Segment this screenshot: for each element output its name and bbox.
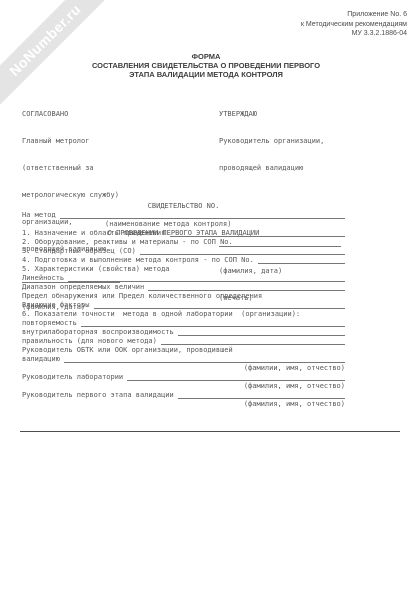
form-line-influencing-factors: Влияющие факторы	[22, 301, 345, 310]
agreed-line: (ответственный за	[22, 164, 182, 173]
blank-line	[60, 211, 345, 219]
blank-line	[170, 229, 345, 237]
name-caption: (фамилии, имя, отчество)	[22, 364, 345, 373]
certificate-heading-line-1: СВИДЕТЕЛЬСТВО NO.	[22, 202, 345, 211]
document-title: ФОРМА СОСТАВЛЕНИЯ СВИДЕТЕЛЬСТВА О ПРОВЕД…	[0, 52, 412, 79]
form-body: На метод (наименование метода контроля) …	[22, 211, 345, 409]
form-line-range: Диапазон определяемых величин	[22, 283, 345, 292]
blank-line	[178, 328, 345, 336]
caption-method-name: (наименование метода контроля)	[22, 220, 345, 229]
form-line-purpose: 1. Назначение и область применения	[22, 229, 345, 238]
blank-line	[64, 355, 345, 363]
form-line-accuracy: 6. Показатели точности метода в одной ла…	[22, 310, 345, 319]
name-caption: (фамилия, имя, отчество)	[22, 400, 345, 409]
form-line-standard-sample: 3. Стандартный образец (СО)	[22, 247, 345, 256]
approved-heading: УТВЕРЖДАЮ	[219, 110, 379, 119]
title-line-1: ФОРМА	[0, 52, 412, 61]
name-caption: (фамилия, имя, отчество)	[22, 382, 345, 391]
approved-line: Руководитель организации,	[219, 137, 379, 146]
form-line-lab-head: Руководитель лаборатории	[22, 373, 345, 382]
blank-line	[148, 283, 345, 291]
form-line-stage-head: Руководитель первого этапа валидации	[22, 391, 345, 400]
form-line-validation: валидацию	[22, 355, 345, 364]
header-line-doc-number: МУ 3.3.2.1886-04	[301, 29, 407, 39]
document-page: NoNumber.ru Приложение No. 6 к Методичес…	[0, 0, 420, 600]
form-line-detection-limit: Предел обнаружения или Предел количестве…	[22, 292, 345, 301]
form-line-trueness: правильность (для нового метода)	[22, 337, 345, 346]
blank-line	[178, 391, 345, 399]
form-line-characteristics: 5. Характеристики (свойства) метода	[22, 265, 345, 274]
document-header: Приложение No. 6 к Методическим рекоменд…	[301, 10, 407, 39]
form-line-method: На метод	[22, 211, 345, 220]
blank-line	[81, 319, 345, 327]
agreed-line: Главный метролог	[22, 137, 182, 146]
footer-divider	[20, 431, 400, 432]
form-line-obtk-head: Руководитель ОБТК или ООК организации, п…	[22, 346, 345, 355]
blank-line	[140, 247, 345, 255]
approved-line: проводящей валидацию	[219, 164, 379, 173]
blank-line	[127, 373, 345, 381]
title-line-3: ЭТАПА ВАЛИДАЦИИ МЕТОДА КОНТРОЛЯ	[0, 70, 412, 79]
blank-line	[258, 256, 345, 264]
signoff-section: СОГЛАСОВАНО Главный метролог (ответствен…	[22, 92, 392, 178]
form-line-repeatability: повторяемость	[22, 319, 345, 328]
blank-line	[161, 337, 345, 345]
form-line-linearity: Линейность	[22, 274, 345, 283]
agreed-heading: СОГЛАСОВАНО	[22, 110, 182, 119]
blank-line	[68, 274, 345, 282]
form-line-reproducibility: внутрилабораторная воспроизводимость	[22, 328, 345, 337]
title-line-2: СОСТАВЛЕНИЯ СВИДЕТЕЛЬСТВА О ПРОВЕДЕНИИ П…	[0, 61, 412, 70]
header-line-appendix: Приложение No. 6	[301, 10, 407, 20]
form-line-preparation: 4. Подготовка и выполнение метода контро…	[22, 256, 345, 265]
blank-line	[94, 301, 345, 309]
header-line-recommendations: к Методическим рекомендациям	[301, 20, 407, 30]
form-line-equipment: 2. Оборудование, реактивы и материалы - …	[22, 238, 345, 247]
